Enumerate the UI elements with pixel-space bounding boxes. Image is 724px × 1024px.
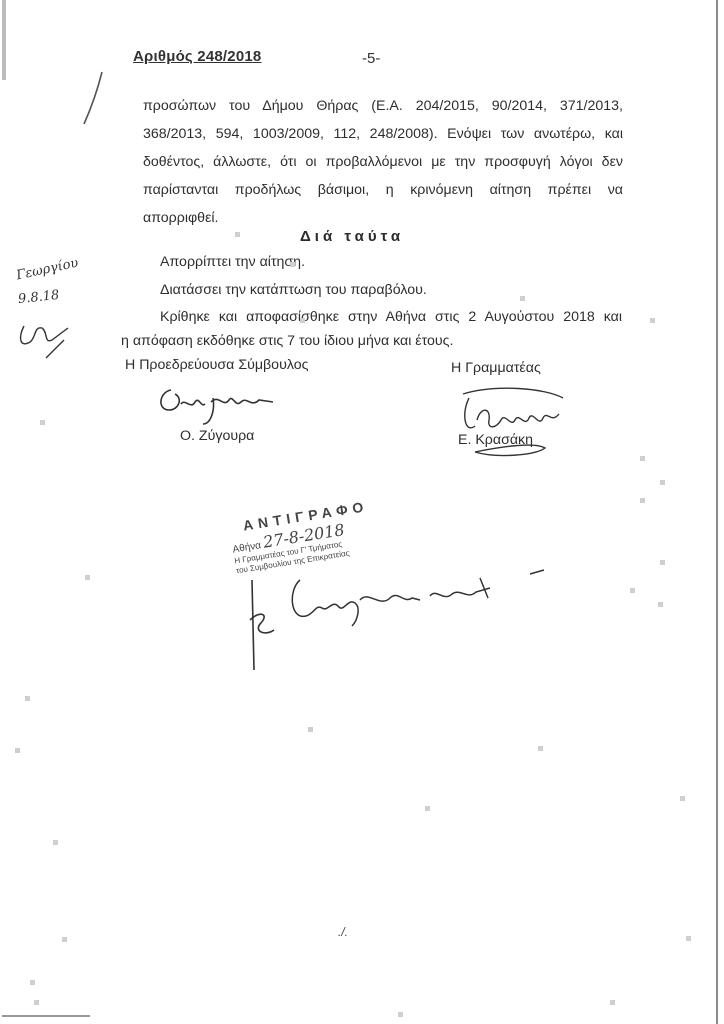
ruling-line: Διατάσσει την κατάπτωση του παραβόλου. (160, 282, 427, 298)
scan-speck (630, 588, 635, 593)
paragraph-line: 368/2013, 594, 1003/2009, 112, 248/2008)… (143, 120, 623, 148)
right-signatory-name: Ε. Κρασάκη (458, 432, 533, 448)
right-signatory-title: Η Γραμματέας (451, 360, 541, 376)
scan-speck (25, 696, 30, 701)
scan-speck (650, 318, 655, 323)
document-page: Αριθμός 248/2018 -5- προσώπων του Δήμου … (0, 0, 724, 1024)
ruling-line: Κρίθηκε και αποφασίσθηκε στην Αθήνα στις… (160, 309, 622, 325)
scan-speck (520, 296, 525, 301)
scan-speck (53, 840, 58, 845)
scan-speck (680, 796, 685, 801)
scan-speck (610, 1000, 615, 1005)
scan-speck (300, 318, 305, 323)
scan-speck (235, 232, 240, 237)
decision-number: Αριθμός 248/2018 (133, 48, 261, 65)
left-signatory-title: Η Προεδρεύουσα Σύμβουλος (125, 357, 308, 373)
scan-speck (538, 746, 543, 751)
left-handwritten-signature (155, 380, 295, 430)
scan-speck (40, 420, 45, 425)
scan-edge-line (716, 0, 718, 1024)
scan-bottom-artifact (0, 1010, 100, 1020)
scan-speck (290, 262, 295, 267)
scan-speck (658, 602, 663, 607)
paragraph-line: προσώπων του Δήμου Θήρας (Ε.Α. 204/2015,… (143, 92, 623, 120)
scan-speck (660, 560, 665, 565)
paragraph-line: παρίστανται προδήλως βάσιμοι, η κρινόμεν… (143, 176, 623, 204)
scan-speck (640, 498, 645, 503)
continuation-mark: ./. (338, 925, 348, 939)
scan-speck (15, 748, 20, 753)
reasoning-paragraph: προσώπων του Δήμου Θήρας (Ε.Α. 204/2015,… (143, 92, 623, 232)
scan-speck (398, 1012, 403, 1017)
page-number: -5- (362, 50, 380, 67)
margin-pen-stroke (80, 68, 110, 128)
scan-speck (640, 456, 645, 461)
scan-speck (660, 480, 665, 485)
ruling-line: Απορρίπτει την αίτηση. (160, 254, 305, 270)
margin-note-name: Γεωργίου (15, 256, 80, 284)
scan-speck (425, 806, 430, 811)
scan-edge-artifact (2, 0, 6, 80)
margin-initials-signature (16, 318, 76, 360)
paragraph-line: δοθέντος, άλλωστε, ότι οι προβαλλόμενοι … (143, 148, 623, 176)
left-signatory-name: Ο. Ζύγουρα (180, 428, 254, 444)
right-handwritten-signature (455, 384, 575, 464)
scan-speck (85, 575, 90, 580)
margin-note-date: 9.8.18 (17, 288, 60, 307)
certifying-signature (240, 560, 580, 680)
scan-speck (308, 727, 313, 732)
scan-speck (686, 936, 691, 941)
section-heading: Διά ταύτα (300, 228, 404, 245)
scan-speck (30, 980, 35, 985)
scan-speck (62, 937, 67, 942)
ruling-line: η απόφαση εκδόθηκε στις 7 του ίδιου μήνα… (121, 333, 453, 349)
scan-speck (34, 1000, 39, 1005)
